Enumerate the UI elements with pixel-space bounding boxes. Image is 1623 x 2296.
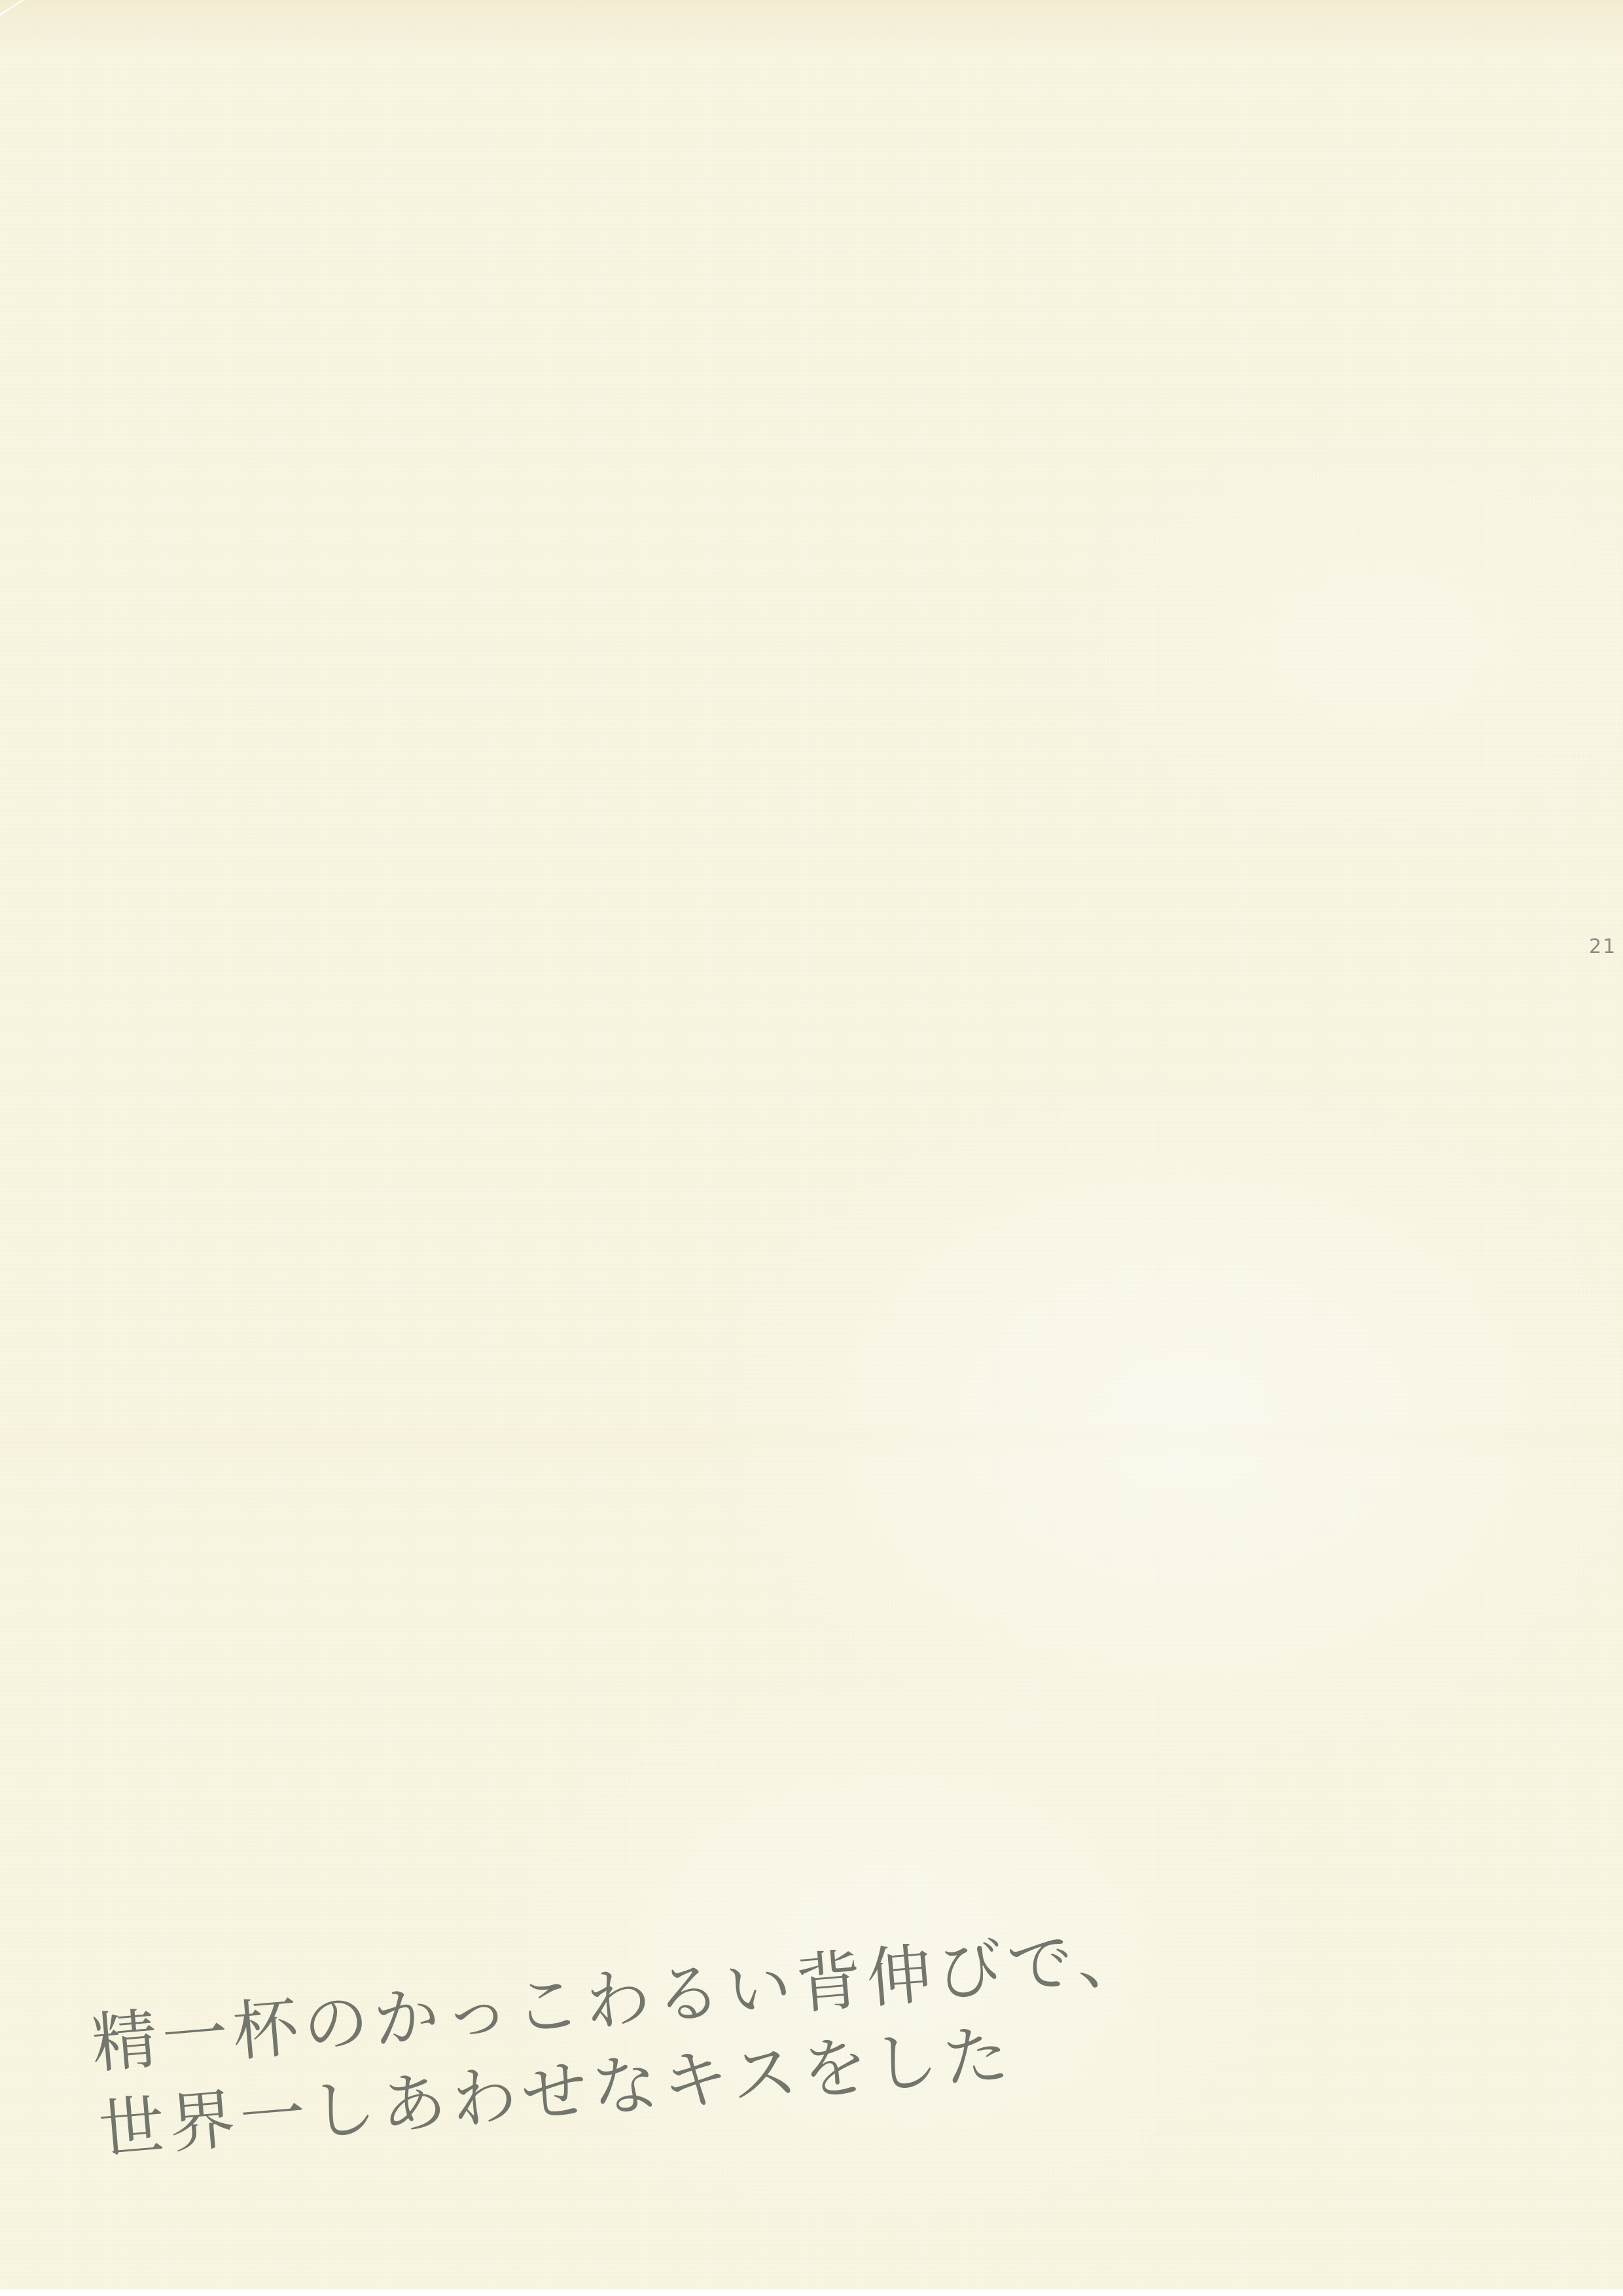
page-number: 21 [1589, 935, 1616, 958]
scanned-page: 精一杯のかっこわるい背伸びで、 世界一しあわせなキスをした 21 [0, 0, 1623, 2296]
scan-edge-bottom [0, 2289, 1623, 2296]
scan-crease [0, 0, 52, 22]
quote-text: 精一杯のかっこわるい背伸びで、 世界一しあわせなキスをした [88, 1913, 1158, 2174]
